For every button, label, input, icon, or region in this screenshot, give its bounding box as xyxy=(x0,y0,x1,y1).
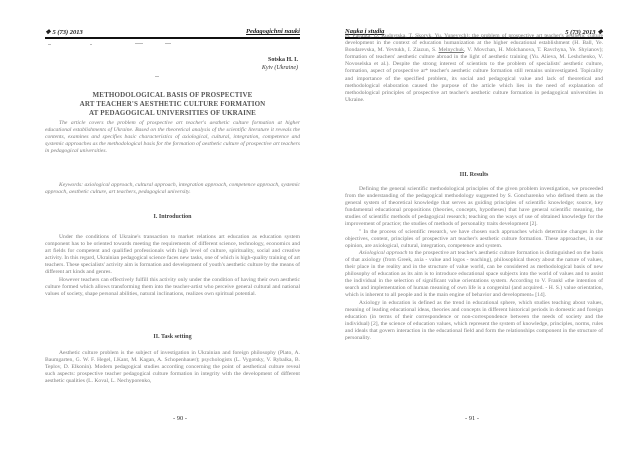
page-number: - 90 - xyxy=(150,415,210,422)
left-page: ❖ 5 (73) 2013 Pedagogichni nauki Sotska … xyxy=(0,0,320,452)
axiology-term: Axiological approach xyxy=(359,250,407,256)
paragraph: " In the process of scientific research,… xyxy=(345,229,603,250)
author-block: Sotska H. I. Kyiv (Ukraine) xyxy=(200,56,298,72)
author-place: Kyiv (Ukraine) xyxy=(200,64,298,72)
abstract: The article covers the problem of prospe… xyxy=(45,120,300,155)
page-number: - 91 - xyxy=(442,415,502,422)
paragraph: Axiological approach to the prospective … xyxy=(345,250,603,300)
results-body: Defining the general scientific methodol… xyxy=(345,186,603,342)
title-line: METHODOLOGICAL BASIS OF PROSPECTIVE xyxy=(45,91,300,100)
introduction-body: Under the conditions of Ukraine's transa… xyxy=(45,234,300,298)
task-setting-continuation: H. Pagalka, O. Rudnytska, T. Skoryk, Yu.… xyxy=(345,33,603,104)
paragraph: Defining the general scientific methodol… xyxy=(345,186,603,229)
paragraph: Under the conditions of Ukraine's transa… xyxy=(45,234,300,277)
paragraph: Aesthetic culture problem is the subject… xyxy=(45,350,300,385)
section-heading-task-setting: II. Task setting xyxy=(45,334,300,340)
section-heading-results: III. Results xyxy=(345,172,603,178)
title-line: ART TEACHER'S AESTHETIC CULTURE FORMATIO… xyxy=(45,100,300,109)
author-name: Sotska H. I. xyxy=(200,56,298,64)
article-title: METHODOLOGICAL BASIS OF PROSPECTIVE ART … xyxy=(45,91,300,118)
journal-title: Pedagogichni nauki xyxy=(246,28,300,35)
underlined-name: Melnychuk xyxy=(439,47,464,53)
header-rule xyxy=(45,37,300,39)
task-setting-body: Aesthetic culture problem is the subject… xyxy=(45,350,300,385)
issue-label: ❖ 5 (73) 2013 xyxy=(45,28,83,36)
title-line: AT PEDAGOGICAL UNIVERSITIES OF UKRAINE xyxy=(45,109,300,118)
abstract-text: The article covers the problem of prospe… xyxy=(45,120,300,155)
section-heading-introduction: I. Introduction xyxy=(45,214,300,220)
paragraph: However teachers can effectively fulfill… xyxy=(45,277,300,298)
keywords-text: Keywords: axiological approach, cultural… xyxy=(45,182,300,196)
left-running-head: ❖ 5 (73) 2013 Pedagogichni nauki xyxy=(45,28,300,40)
paragraph: Axiology in education is defined as the … xyxy=(345,300,603,343)
paragraph: H. Pagalka, O. Rudnytska, T. Skoryk, Yu.… xyxy=(345,33,603,104)
keywords: Keywords: axiological approach, cultural… xyxy=(45,182,300,196)
